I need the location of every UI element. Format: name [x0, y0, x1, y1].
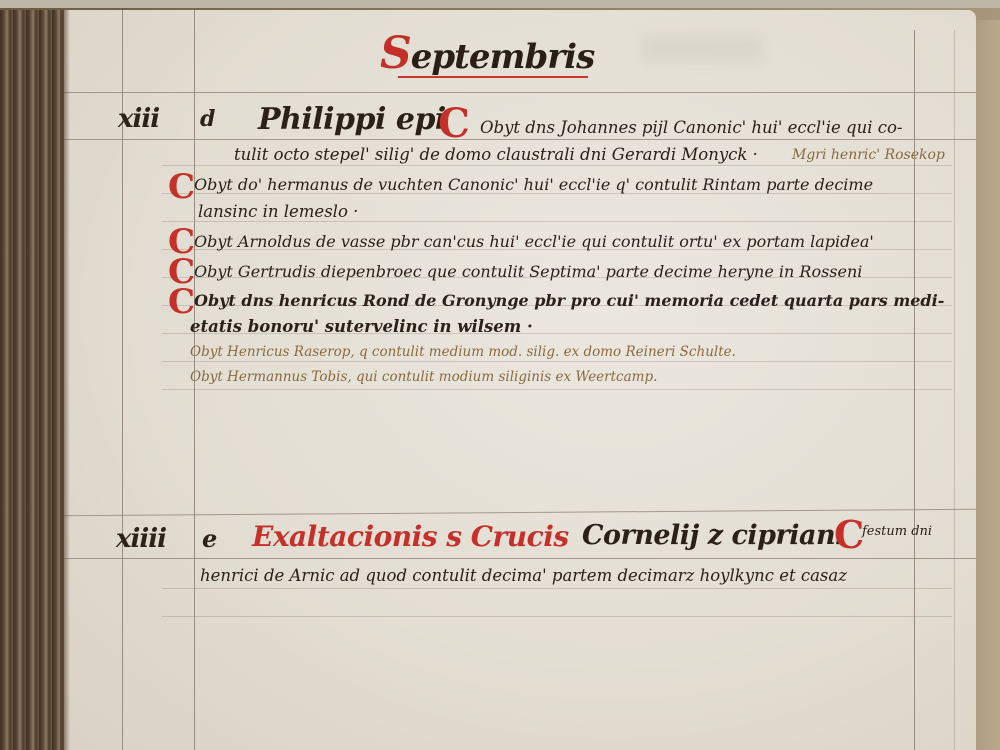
margin-note: Mgri henric' Rosekop [792, 147, 945, 163]
obit-line: henrici de Arnic ad quod contulit decima… [200, 566, 847, 585]
ruling-vertical-edge [954, 30, 955, 750]
later-addition-line: Obyt Hermannus Tobis, qui contulit modiu… [190, 369, 657, 385]
feast-name: Philippi epi [258, 102, 446, 137]
page-edges-stack [0, 10, 64, 750]
day-numeral: xiii [118, 104, 159, 134]
rubric-initial-c: C [438, 104, 470, 144]
obit-line: Obyt Gertrudis diepenbroec que contulit … [194, 262, 862, 281]
ruling-horizontal [62, 558, 976, 559]
obit-line: Obyt Arnoldus de vasse pbr can'cus hui' … [194, 232, 874, 251]
ruling-horizontal [62, 139, 976, 140]
rubric-initial-c: C [834, 516, 864, 554]
dominical-letter: e [202, 524, 217, 553]
feast-name-rubric: Exaltacionis s Crucis [252, 520, 569, 553]
ruling-horizontal [162, 361, 952, 362]
top-edge [0, 0, 1000, 8]
obit-line: etatis bonoru' sutervelinc in wilsem · [190, 317, 533, 336]
month-heading-initial: S [380, 28, 411, 79]
ruling-horizontal [162, 221, 952, 222]
ruling-vertical-right [914, 30, 915, 750]
ruling-horizontal [162, 389, 952, 390]
feast-name-secondary: Cornelij z cipriani [582, 520, 845, 551]
ruling-horizontal [162, 588, 952, 589]
manuscript-page: Septembris xiii d Philippi epi C Obyt dn… [62, 10, 976, 750]
day-numeral: xiiii [116, 524, 166, 554]
obit-line: Obyt dns henricus Rond de Gronynge pbr p… [194, 291, 944, 310]
ruling-horizontal [162, 165, 952, 166]
later-addition-line: Obyt Henricus Raserop, q contulit medium… [190, 344, 736, 360]
ruling-horizontal [62, 92, 976, 93]
heading-underline [398, 76, 588, 78]
rubric-initial-c: C [168, 170, 195, 204]
obit-line: lansinc in lemeslo · [198, 202, 358, 221]
dominical-letter: d [200, 106, 215, 132]
obit-line: Obyt do' hermanus de vuchten Canonic' hu… [194, 175, 873, 194]
obit-line: Obyt dns Johannes pijl Canonic' hui' ecc… [480, 118, 902, 137]
feast-tail: festum dni [862, 524, 932, 539]
show-through-ghost-text [642, 35, 762, 63]
ruling-horizontal [162, 616, 952, 617]
rubric-initial-c: C [168, 285, 195, 319]
month-heading: Septembris [380, 28, 594, 79]
month-heading-rest: eptembris [411, 37, 594, 77]
obit-line: tulit octo stepel' silig' de domo claust… [234, 145, 758, 164]
